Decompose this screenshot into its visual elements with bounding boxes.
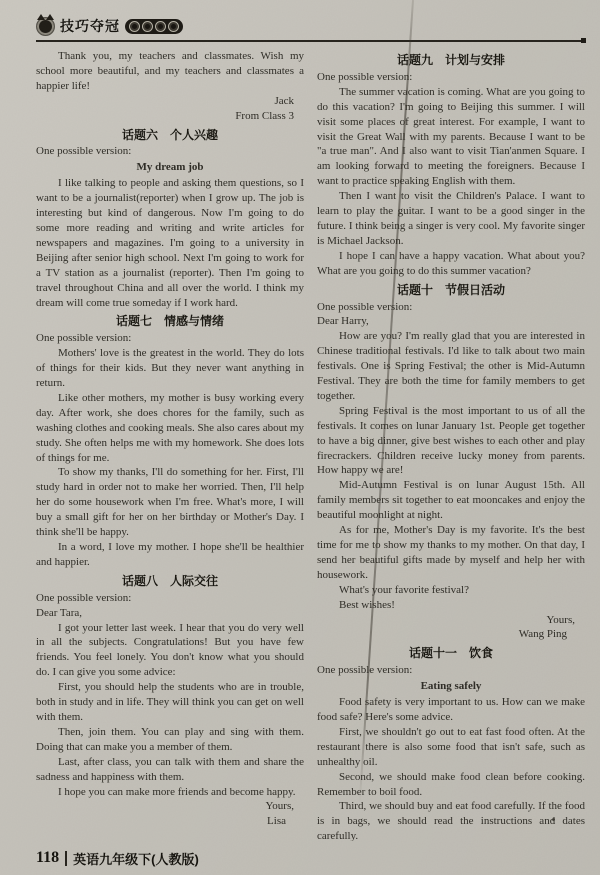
version-label: One possible version:: [317, 300, 585, 315]
essay-paragraph: Spring Festival is the most important to…: [317, 404, 585, 479]
essay-title: My dream job: [36, 160, 304, 175]
topic8-heading: 话题八 人际交往: [36, 574, 304, 589]
logo-badge-pill: [125, 19, 183, 34]
signature-class: From Class 3: [36, 109, 304, 124]
essay-paragraph: Like other mothers, my mother is busy wo…: [36, 391, 304, 466]
version-label: One possible version:: [36, 331, 304, 346]
round-badge-icon: [129, 21, 140, 32]
essay-paragraph: Mid-Autumn Festival is on lunar August 1…: [317, 478, 585, 523]
essay-paragraph: Food safety is very important to us. How…: [317, 695, 585, 725]
version-label: One possible version:: [36, 591, 304, 606]
essay-paragraph: As for me, Mother's Day is my favorite. …: [317, 523, 585, 583]
letter-closing: Yours,: [317, 613, 585, 628]
logo-text: 技巧夺冠: [60, 16, 120, 36]
essay-paragraph: I hope you can make more friends and bec…: [36, 785, 304, 800]
header-rule: [36, 40, 586, 42]
brand-logo: 技巧夺冠: [36, 14, 586, 38]
version-label: One possible version:: [317, 70, 585, 85]
two-column-text: Thank you, my teachers and classmates. W…: [36, 42, 586, 841]
essay-paragraph: How are you? I'm really glad that you ar…: [317, 329, 585, 404]
essay-paragraph: Second, we should make food clean before…: [317, 770, 585, 800]
essay-paragraph: In a word, I love my mother. I hope she'…: [36, 540, 304, 570]
topic9-heading: 话题九 计划与安排: [317, 53, 585, 68]
letter-signer: Wang Ping: [317, 627, 585, 642]
essay-paragraph: Mothers' love is the greatest in the wor…: [36, 346, 304, 391]
essay-paragraph: First, we shouldn't go out to eat fast f…: [317, 725, 585, 770]
cat-mascot-icon: [36, 17, 55, 36]
letter-salutation: Dear Harry,: [317, 314, 585, 329]
right-column: 话题九 计划与安排 One possible version: The summ…: [317, 49, 585, 841]
essay-paragraph: To show my thanks, I'll do something for…: [36, 465, 304, 540]
essay-paragraph: Then I want to visit the Children's Pala…: [317, 189, 585, 249]
essay-paragraph: Last, after class, you can talk with the…: [36, 755, 304, 785]
signature-name: Jack: [36, 94, 304, 109]
round-badge-icon: [142, 21, 153, 32]
essay-paragraph: I hope I can have a happy vacation. What…: [317, 249, 585, 279]
letter-closing: Yours,: [36, 799, 304, 814]
essay-paragraph: Then, join them. You can play and sing w…: [36, 725, 304, 755]
letter-signer: Lisa: [36, 814, 304, 829]
topic11-heading: 话题十一 饮食: [317, 646, 585, 661]
round-badge-icon: [155, 21, 166, 32]
essay-paragraph: The summer vacation is coming. What are …: [317, 85, 585, 189]
essay-paragraph: I like talking to people and asking them…: [36, 176, 304, 310]
page-number: 118: [36, 849, 59, 867]
topic6-heading: 话题六 个人兴趣: [36, 128, 304, 143]
version-label: One possible version:: [317, 663, 585, 678]
scan-speck: [552, 818, 555, 821]
topic10-heading: 话题十 节假日活动: [317, 283, 585, 298]
round-badge-icon: [168, 21, 179, 32]
letter-question-line: What's your favorite festival?: [317, 583, 585, 598]
page-header: 技巧夺冠: [36, 14, 586, 42]
letter-salutation: Dear Tara,: [36, 606, 304, 621]
topic7-heading: 话题七 情感与情绪: [36, 314, 304, 329]
book-page: 技巧夺冠 Thank you, my teachers and classmat…: [0, 0, 600, 875]
footer-divider: [65, 851, 67, 866]
version-label: One possible version:: [36, 144, 304, 159]
page-footer: 118 英语九年级下(人教版): [36, 841, 586, 875]
essay-paragraph: First, you should help the students who …: [36, 680, 304, 725]
carryover-paragraph: Thank you, my teachers and classmates. W…: [36, 49, 304, 94]
letter-wishes-line: Best wishes!: [317, 598, 585, 613]
essay-paragraph: I got your letter last week. I hear that…: [36, 621, 304, 681]
square-dot-icon: [581, 38, 586, 43]
left-column: Thank you, my teachers and classmates. W…: [36, 49, 304, 841]
essay-title: Eating safely: [317, 679, 585, 694]
book-title: 英语九年级下(人教版): [73, 849, 199, 868]
essay-paragraph: Third, we should buy and eat food carefu…: [317, 799, 585, 841]
